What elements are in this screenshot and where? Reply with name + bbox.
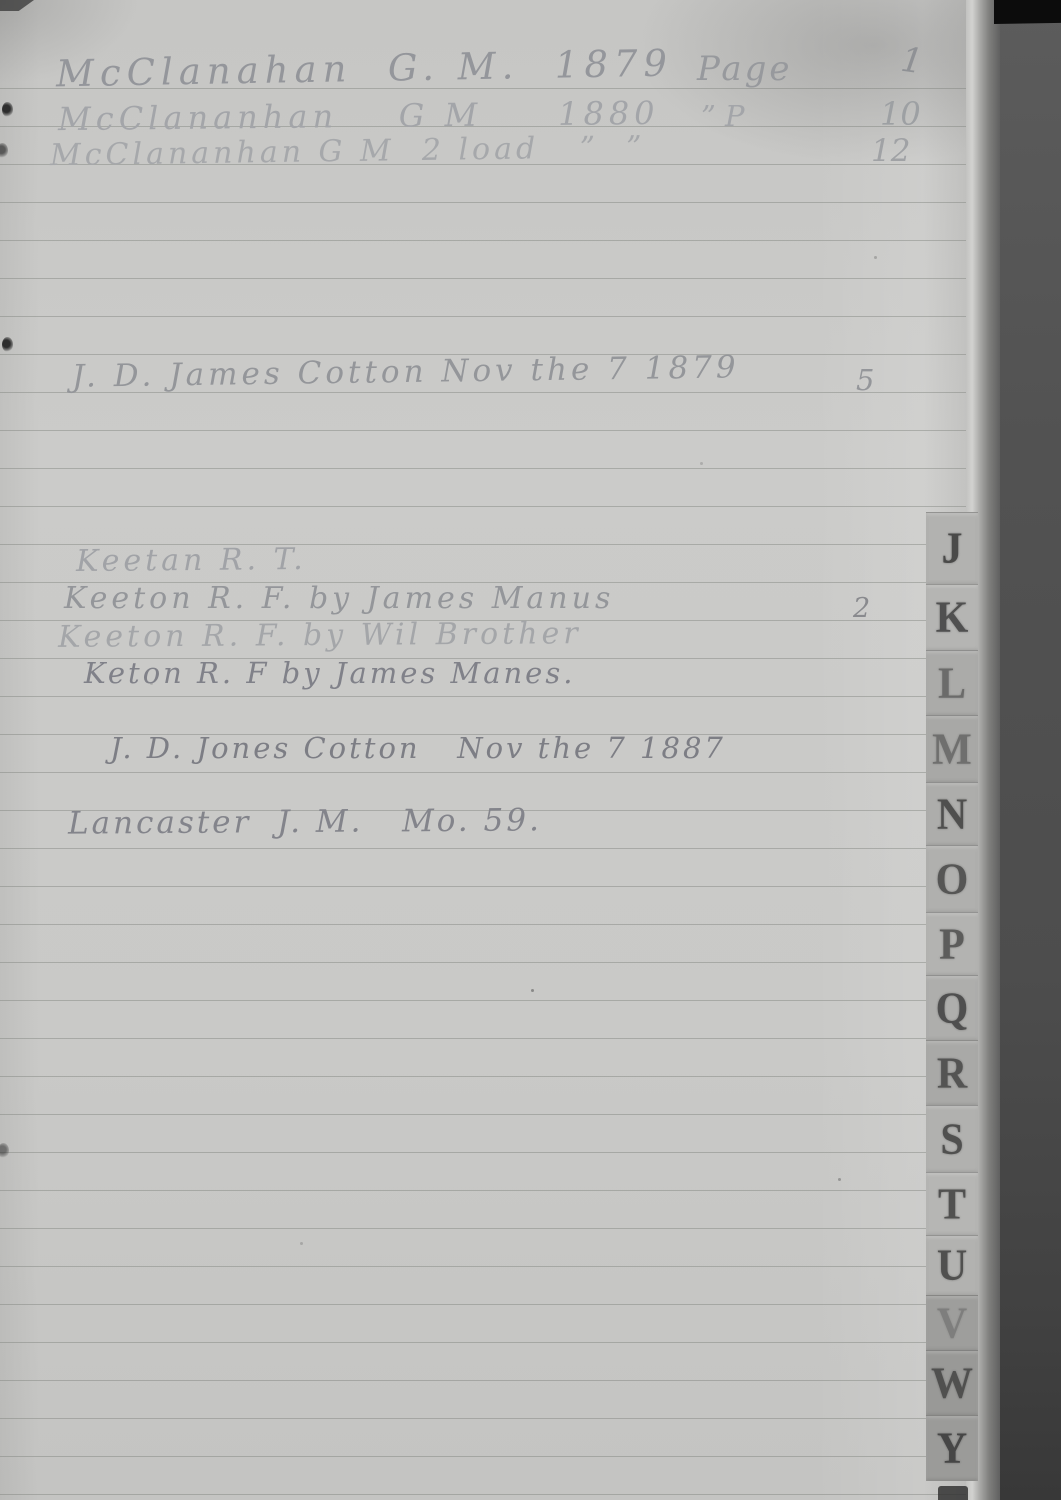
tab-letter: S bbox=[940, 1114, 963, 1164]
tab-letter: T bbox=[938, 1179, 966, 1229]
tab-letter: U bbox=[937, 1241, 967, 1291]
index-tab-y: Y bbox=[926, 1415, 978, 1481]
tab-letter: M bbox=[932, 724, 972, 774]
tab-letter: W bbox=[931, 1358, 973, 1408]
scanner-backdrop bbox=[1000, 0, 1061, 1500]
paper-speck bbox=[531, 989, 534, 992]
tab-letter: O bbox=[936, 854, 969, 904]
torn-corner bbox=[0, 0, 34, 11]
backdrop-dark-corner bbox=[994, 0, 1061, 24]
paper-speck bbox=[874, 256, 877, 259]
paper-speck bbox=[838, 1178, 841, 1181]
ledger-paper: McClanahan G. M. 1879 Page 1 McClananhan… bbox=[0, 0, 992, 1500]
paper-speck bbox=[300, 1242, 303, 1245]
index-tab-s: S bbox=[926, 1105, 978, 1173]
index-tab-j: J bbox=[926, 512, 978, 585]
index-tab-p: P bbox=[926, 912, 978, 976]
index-tab-l: L bbox=[926, 650, 978, 716]
tab-letter: J bbox=[942, 524, 963, 574]
index-tab-r: R bbox=[926, 1040, 978, 1106]
index-tab-u: U bbox=[926, 1235, 978, 1296]
tab-letter: Q bbox=[936, 983, 969, 1033]
binding-hole bbox=[2, 337, 13, 352]
tab-letter: P bbox=[939, 919, 965, 969]
paper-speck bbox=[150, 682, 153, 685]
index-tab-q: Q bbox=[926, 975, 978, 1041]
index-tab-t: T bbox=[926, 1172, 978, 1236]
index-tab-m: M bbox=[926, 715, 978, 783]
index-tab-n: N bbox=[926, 782, 978, 846]
scanned-ledger-page: McClanahan G. M. 1879 Page 1 McClananhan… bbox=[0, 0, 1061, 1500]
tab-letter: N bbox=[937, 789, 967, 839]
index-tab-v: V bbox=[926, 1295, 978, 1351]
tab-letter: L bbox=[938, 658, 966, 708]
ruled-lines bbox=[0, 88, 978, 1500]
binding-hole bbox=[2, 102, 13, 117]
tab-letter: V bbox=[937, 1298, 967, 1348]
partial-next-tab bbox=[938, 1486, 968, 1500]
tab-letter: Y bbox=[937, 1423, 967, 1473]
index-tab-w: W bbox=[926, 1350, 978, 1416]
paper-speck bbox=[700, 462, 703, 465]
tab-letter: K bbox=[936, 593, 969, 643]
entry-page-label: Page bbox=[697, 52, 793, 86]
tab-letter: R bbox=[937, 1048, 967, 1098]
entry-mcclanahan-1879: McClanahan G. M. 1879 bbox=[56, 45, 674, 93]
index-tab-o: O bbox=[926, 845, 978, 913]
index-tab-k: K bbox=[926, 584, 978, 651]
alpha-tab-strip: J K L M N O P Q R S T U V W Y bbox=[926, 512, 978, 1500]
entry-page-number: 1 bbox=[899, 43, 925, 80]
